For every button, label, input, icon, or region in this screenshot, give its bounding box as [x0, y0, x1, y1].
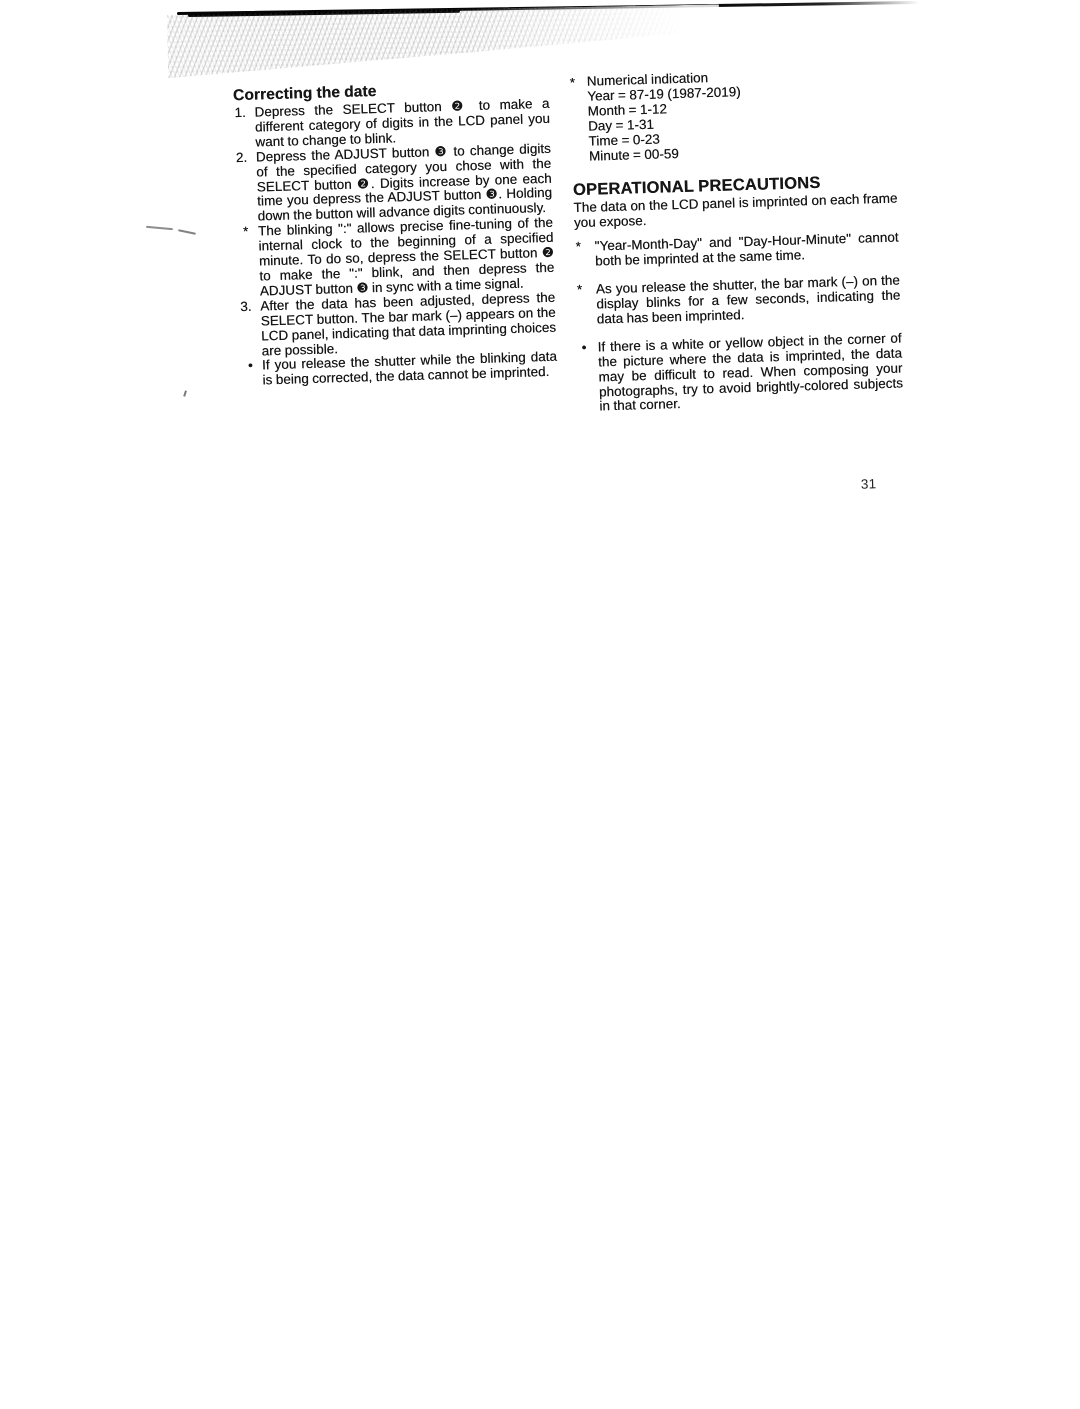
- numerical-indication-note: * Numerical indication Year = 87-19 (198…: [570, 66, 897, 165]
- list-item-step-2: 2. Depress the ADJUST button ❸ to change…: [235, 142, 553, 226]
- list-text: After the data has been adjusted, depres…: [260, 290, 556, 358]
- list-marker: •: [248, 359, 253, 374]
- list-marker: 3.: [240, 300, 252, 315]
- list-item-bar-mark-blinks: * As you release the shutter, the bar ma…: [576, 274, 901, 328]
- list-item-note-blinking: * The blinking ":" allows precise fine-t…: [237, 216, 555, 300]
- manual-page: Correcting the date 1. Depress the SELEC…: [0, 0, 1080, 1409]
- left-column: Correcting the date 1. Depress the SELEC…: [233, 78, 558, 389]
- list-text: Depress the ADJUST button ❸ to change di…: [256, 141, 553, 224]
- list-text: As you release the shutter, the bar mark…: [596, 273, 901, 327]
- page-number: 31: [861, 476, 877, 491]
- list-text: "Year-Month-Day" and "Day-Hour-Minute" c…: [594, 230, 898, 269]
- list-marker: *: [575, 240, 581, 255]
- list-marker: *: [577, 283, 583, 298]
- list-marker: 1.: [234, 106, 246, 121]
- right-column: * Numerical indication Year = 87-19 (198…: [570, 66, 904, 416]
- list-marker: •: [581, 341, 586, 356]
- list-marker: *: [243, 225, 249, 240]
- scanned-content: Correcting the date 1. Depress the SELEC…: [0, 0, 1080, 1409]
- list-item-corner-warning: • If there is a white or yellow object i…: [577, 331, 903, 415]
- list-item-step-3: 3. After the data has been adjusted, dep…: [239, 291, 557, 360]
- list-item-imprint-exclusive: * "Year-Month-Day" and "Day-Hour-Minute"…: [574, 231, 899, 270]
- list-text: If there is a white or yellow object in …: [597, 330, 903, 414]
- list-marker: 2.: [236, 151, 248, 166]
- list-text: The blinking ":" allows precise fine-tun…: [258, 215, 555, 298]
- note-marker: *: [570, 76, 576, 91]
